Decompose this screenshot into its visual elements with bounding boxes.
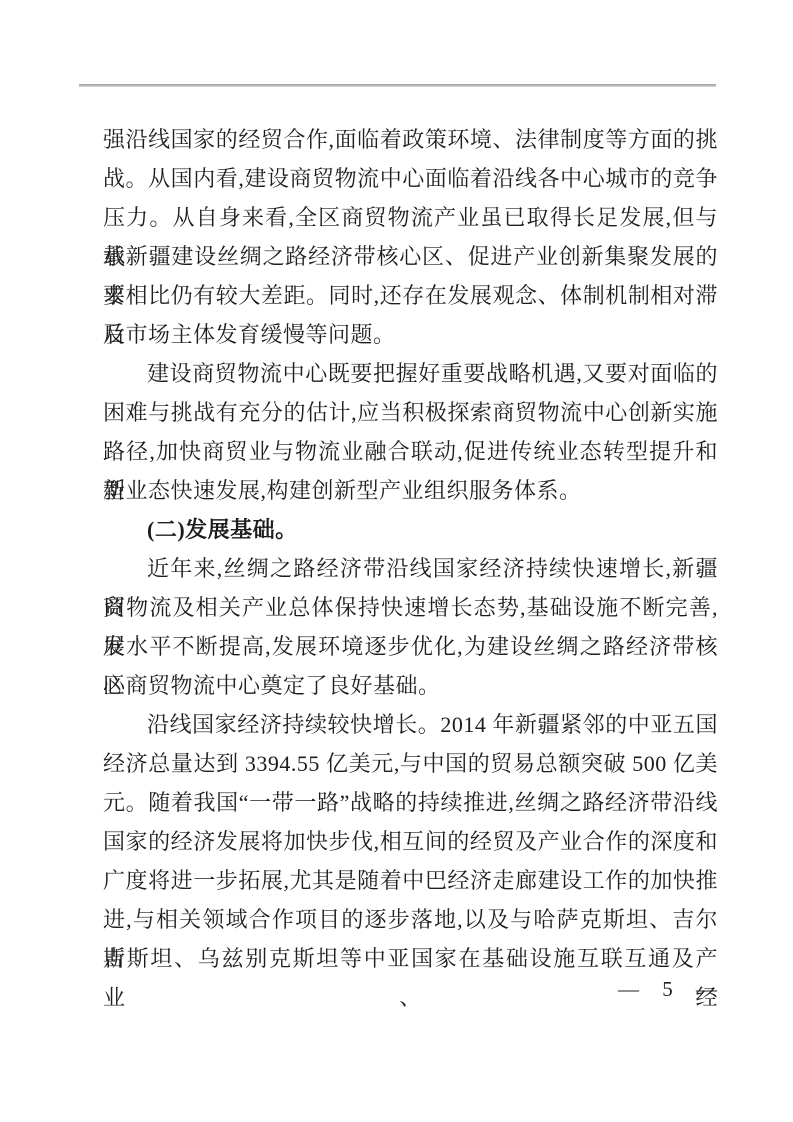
text-line: 困难与挑战有充分的估计,应当积极探索商贸物流中心创新实施 [103, 393, 718, 432]
text-line: 广度将进一步拓展,尤其是随着中巴经济走廊建设工作的加快推 [103, 861, 718, 900]
text-line: 战。从国内看,建设商贸物流中心面临着沿线各中心城市的竞争 [103, 159, 718, 198]
text-line: 强沿线国家的经贸合作,面临着政策环境、法律制度等方面的挑 [103, 120, 718, 159]
text-run: 2014 年新疆紧邻的中亚五国 [440, 712, 718, 737]
page-number: — 5 — [0, 977, 718, 1001]
text-line: 载新疆建设丝绸之路经济带核心区、促进产业创新集聚发展的要 [103, 237, 718, 276]
document-body: 强沿线国家的经贸合作,面临着政策环境、法律制度等方面的挑 战。从国内看,建设商贸… [103, 120, 718, 978]
text-line: 国家的经济发展将加快步伐,相互间的经贸及产业合作的深度和 [103, 822, 718, 861]
text-line: 区商贸物流中心奠定了良好基础。 [103, 666, 718, 705]
paragraph: 沿线国家经济持续较快增长。2014 年新疆紧邻的中亚五国 经济总量达到 3394… [103, 705, 718, 978]
paragraph: 建设商贸物流中心既要把握好重要战略机遇,又要对面临的 困难与挑战有充分的估计,应… [103, 354, 718, 510]
text-line: 型业态快速发展,构建创新型产业组织服务体系。 [103, 471, 718, 510]
paragraph: 近年来,丝绸之路经济带沿线国家经济持续快速增长,新疆商 贸物流及相关产业总体保持… [103, 549, 718, 705]
text-line: 建设商贸物流中心既要把握好重要战略机遇,又要对面临的 [103, 354, 718, 393]
text-line: 元。随着我国“一带一路”战略的持续推进,丝绸之路经济带沿线 [103, 783, 718, 822]
header-rule [79, 84, 716, 87]
text-line: 近年来,丝绸之路经济带沿线国家经济持续快速增长,新疆商 [103, 549, 718, 588]
text-line: 展水平不断提高,发展环境逐步优化,为建设丝绸之路经济带核心 [103, 627, 718, 666]
text-line: 经济总量达到 3394.55 亿美元,与中国的贸易总额突破 500 亿美 [103, 744, 718, 783]
paragraph: 强沿线国家的经贸合作,面临着政策环境、法律制度等方面的挑 战。从国内看,建设商贸… [103, 120, 718, 354]
text-line: 及市场主体发育缓慢等问题。 [103, 315, 718, 354]
text-line: 贸物流及相关产业总体保持快速增长态势,基础设施不断完善,发 [103, 588, 718, 627]
text-line: 进,与相关领域合作项目的逐步落地,以及与哈萨克斯坦、吉尔吉 [103, 900, 718, 939]
text-line: 斯斯坦、乌兹别克斯坦等中亚国家在基础设施互联互通及产业、经 [103, 939, 718, 978]
text-line: 压力。从自身来看,全区商贸物流产业虽已取得长足发展,但与承 [103, 198, 718, 237]
paragraph-lead: 沿线国家经济持续较快增长。 [147, 712, 440, 737]
text-line: 沿线国家经济持续较快增长。2014 年新疆紧邻的中亚五国 [103, 705, 718, 744]
document-page: 强沿线国家的经贸合作,面临着政策环境、法律制度等方面的挑 战。从国内看,建设商贸… [0, 0, 793, 1122]
section-heading: (二)发展基础。 [103, 510, 718, 549]
text-line: 求相比仍有较大差距。同时,还存在发展观念、体制机制相对滞后 [103, 276, 718, 315]
text-line: 路径,加快商贸业与物流业融合联动,促进传统业态转型提升和新 [103, 432, 718, 471]
